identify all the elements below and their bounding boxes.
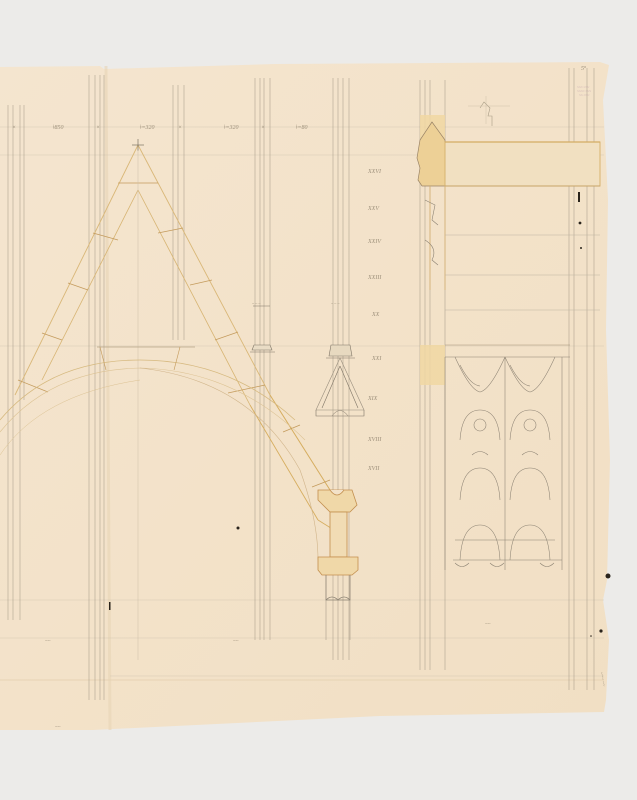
svg-text:~~: ~~ (45, 639, 51, 644)
vlabel-6: XIX (367, 396, 378, 402)
vlabel-8: XVII (367, 466, 380, 472)
vlabel-2: XXIV (367, 239, 382, 245)
vlabel-0: XXVI (367, 169, 382, 175)
svg-text:~ ~ ~: ~ ~ ~ (252, 301, 261, 306)
vlabel-4: XX (371, 312, 380, 318)
measure-3: ǂ=320 (140, 125, 155, 131)
svg-text:~ ~ ~: ~ ~ ~ (331, 301, 340, 306)
sheet-number: 5ª (581, 66, 586, 72)
measure-0: × (12, 125, 16, 131)
corner-note: ~~~ ~~~ ~~~~ ~~~ ~~ ~~~ (577, 85, 591, 97)
svg-text:~~: ~~ (233, 639, 239, 644)
measure-1: ǂ850 (53, 125, 64, 131)
svg-text:~~: ~~ (55, 725, 61, 730)
svg-text:~~: ~~ (485, 622, 491, 627)
measure-2: × (96, 125, 100, 131)
vlabel-1: XXV (367, 206, 380, 212)
measure-4: × (178, 125, 182, 131)
drawing-scene: × ǂ850 × ǂ=320 × ǂ=320 × ǂ=80 (0, 0, 637, 800)
vlabel-3: XXIII (367, 275, 382, 281)
measure-5: ǂ=320 (224, 125, 239, 131)
measure-7: ǂ=80 (296, 125, 308, 131)
svg-text:~~ ~~~: ~~ ~~~ (579, 93, 589, 97)
vlabel-5: XXI (371, 356, 382, 362)
vlabel-7: XVIII (367, 437, 382, 443)
measure-6: × (261, 125, 265, 131)
